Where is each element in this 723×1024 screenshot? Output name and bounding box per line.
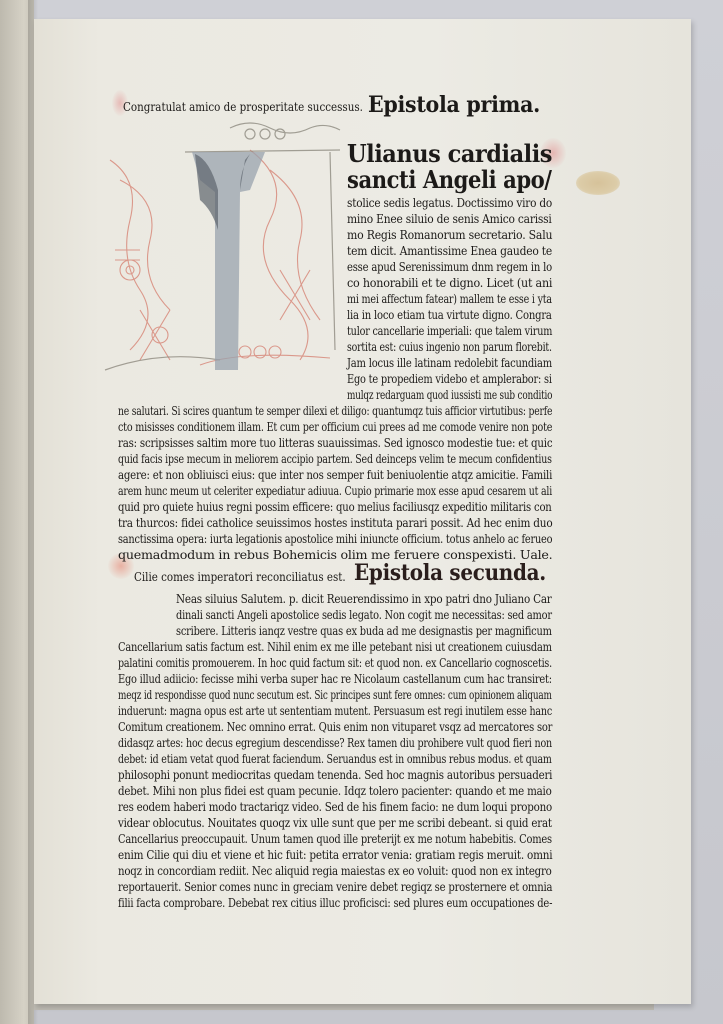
text-line: sanctissima opera: iurta legationis apos… xyxy=(118,532,552,548)
text-line: filii facta comprobare. Debebat rex citi… xyxy=(118,896,552,912)
epistle-title-1: Epistola prima. xyxy=(368,92,540,118)
epistle-title-2: Epistola secunda. xyxy=(354,560,546,586)
text-line: videar oblocutus. Nouitates quoqz vix ul… xyxy=(118,816,552,832)
text-line: sortita est: cuius ingenio non parum flo… xyxy=(347,340,552,356)
text-line: ras: scripsisses saltim more tuo littera… xyxy=(118,436,552,452)
rubric-heading-2: Cilie comes imperatori reconciliatus est… xyxy=(134,570,346,584)
opening-line: sancti Angeli apo/ xyxy=(347,166,552,193)
text-line: stolice sedis legatus. Doctissimo viro d… xyxy=(347,196,552,212)
text-line: mo Regis Romanorum secretario. Salu xyxy=(347,228,552,244)
text-line: mino Enee siluio de senis Amico carissi xyxy=(347,212,552,228)
text-line: cto misisses conditionem illam. Et cum p… xyxy=(118,420,552,436)
text-line: meqz id respondisse quod nunc secutum es… xyxy=(118,688,552,704)
text-line: Comitum creationem. Nec omnino errat. Qu… xyxy=(118,720,552,736)
text-line: Cancellarium satis factum est. Nihil eni… xyxy=(118,640,552,656)
decorated-initial-icon xyxy=(100,120,342,372)
text-line: co honorabili et te digno. Licet (ut ani xyxy=(347,276,552,292)
text-line: induerunt: magna opus est arte ut senten… xyxy=(118,704,552,720)
text-line: Ego illud adiicio: fecisse mihi verba su… xyxy=(118,672,552,688)
text-line: palatini comitis promouerem. In hoc quid… xyxy=(118,656,552,672)
text-line: lia in loco etiam tua virtute digno. Con… xyxy=(347,308,552,324)
text-line: tulor cancellarie imperiali: que talem v… xyxy=(347,324,552,340)
text-line: agere: et non obliuisci eius: que inter … xyxy=(118,468,552,484)
text-line: mi mei affectum fatear) mallem te esse i… xyxy=(347,292,552,308)
text-line: dinali sancti Angeli apostolice sedis le… xyxy=(176,608,552,624)
text-line: ne salutari. Si scires quantum te semper… xyxy=(118,404,552,420)
text-line: debet. Mihi non plus fidei est quam pecu… xyxy=(118,784,552,800)
text-line: Cancellarius preoccupauit. Unum tamen qu… xyxy=(118,832,552,848)
text-line: res eodem haberi modo tractariqz video. … xyxy=(118,800,552,816)
text-line: scribere. Litteris ianqz vestre quas ex … xyxy=(176,624,552,640)
text-line: noqz in concordiam rediit. Nec aliquid r… xyxy=(118,864,552,880)
text-line: didasqz artes: hoc decus egregium descen… xyxy=(118,736,552,752)
paper-stain xyxy=(576,171,620,195)
text-line: Neas siluius Salutem. p. dicit Reuerendi… xyxy=(176,592,552,608)
text-line: reportauerit. Senior comes nunc in greci… xyxy=(118,880,552,896)
text-line: philosophi ponunt mediocritas quedam ten… xyxy=(118,768,552,784)
text-line: arem hunc meum ut celeriter expediatur a… xyxy=(118,484,552,500)
text-line: mulqz redarguam quod iussisti me sub con… xyxy=(347,388,552,404)
text-line: Jam locus ille latinam redolebit facundi… xyxy=(347,356,552,372)
page-stack-edge xyxy=(34,1004,654,1010)
text-line: quid pro quiete huius regni possim effic… xyxy=(118,500,552,516)
text-line: tra thurcos: fidei catholice seuissimos … xyxy=(118,516,552,532)
text-line: enim Cilie qui diu et viene et hic fuit:… xyxy=(118,848,552,864)
opening-line: Ulianus cardialis xyxy=(347,140,552,167)
text-line: tem dicit. Amantissime Enea gaudeo te xyxy=(347,244,552,260)
text-line: quid facis ipse mecum in meliorem accipi… xyxy=(118,452,552,468)
text-line: Ego te propediem videbo et amplerabor: s… xyxy=(347,372,552,388)
text-line: debet: id etiam vetat quod fuerat facien… xyxy=(118,752,552,768)
rubric-heading-1: Congratulat amico de prosperitate succes… xyxy=(123,100,363,114)
text-line: esse apud Serenissimum dnm regem in lo xyxy=(347,260,552,276)
